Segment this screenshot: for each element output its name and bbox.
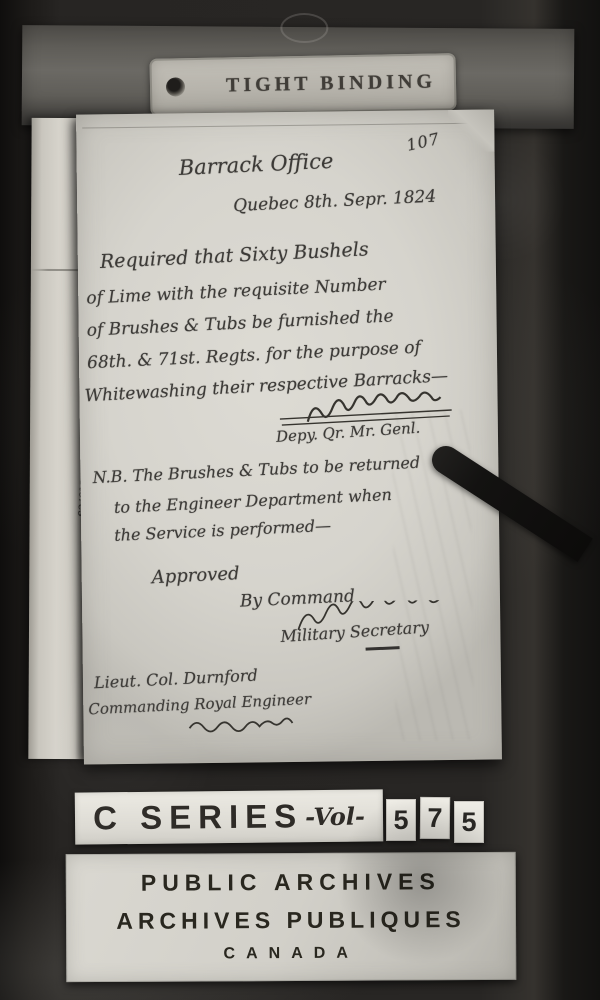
archives-line-canada: CANADA [66, 944, 516, 964]
manuscript-line: 68th. & 71st. Regts. for the purpose of [87, 338, 422, 374]
manuscript-place-line: Barrack Office [178, 149, 334, 180]
manuscript-line: N.B. The Brushes & Tubs to be returned [92, 453, 420, 487]
corner-fold [448, 109, 495, 152]
archives-line-english: PUBLIC ARCHIVES [66, 868, 516, 897]
tight-binding-label: TIGHT BINDING [149, 53, 456, 116]
page-number: 107 [405, 129, 442, 155]
rivet-hole-icon [166, 77, 185, 96]
archives-line-french: ARCHIVES PUBLIQUES [66, 906, 516, 935]
manuscript-addressee-line: Lieut. Col. Durnford [94, 666, 259, 693]
manuscript-line: to the Engineer Department when [113, 485, 392, 517]
archives-panel: PUBLIC ARCHIVES ARCHIVES PUBLIQUES CANAD… [66, 852, 517, 982]
manuscript-line: Required that Sixty Bushels [99, 238, 369, 273]
microfilm-photo-frame: TIGHT BINDING 32406 Requisition for Barr… [0, 0, 600, 1000]
series-vol-text: -Vol- [305, 801, 365, 831]
manuscript-line: the Service is performed— [114, 516, 332, 545]
volume-digit-tile: 5 [386, 799, 416, 841]
volume-digit-tile: 7 [420, 797, 450, 839]
manuscript-date-line: Quebec 8th. Sepr. 1824 [233, 187, 437, 217]
volume-digit-tile: 5 [454, 801, 484, 843]
c-series-label: C SERIES-Vol- [75, 789, 384, 844]
manuscript-addressee-line: Commanding Royal Engineer [88, 690, 311, 718]
reel-ring-mark [280, 13, 328, 43]
manuscript-page: 107 Barrack Office Quebec 8th. Sepr. 182… [76, 109, 502, 764]
manuscript-approved: Approved [151, 563, 240, 588]
manuscript-line: of Brushes & Tubs be furnished the [86, 306, 394, 340]
flourish-squiggle [187, 716, 299, 735]
series-printed-text: C SERIES [93, 797, 303, 837]
tight-binding-text: TIGHT BINDING [226, 70, 456, 97]
manuscript-line: of Lime with the requisite Number [86, 275, 386, 309]
